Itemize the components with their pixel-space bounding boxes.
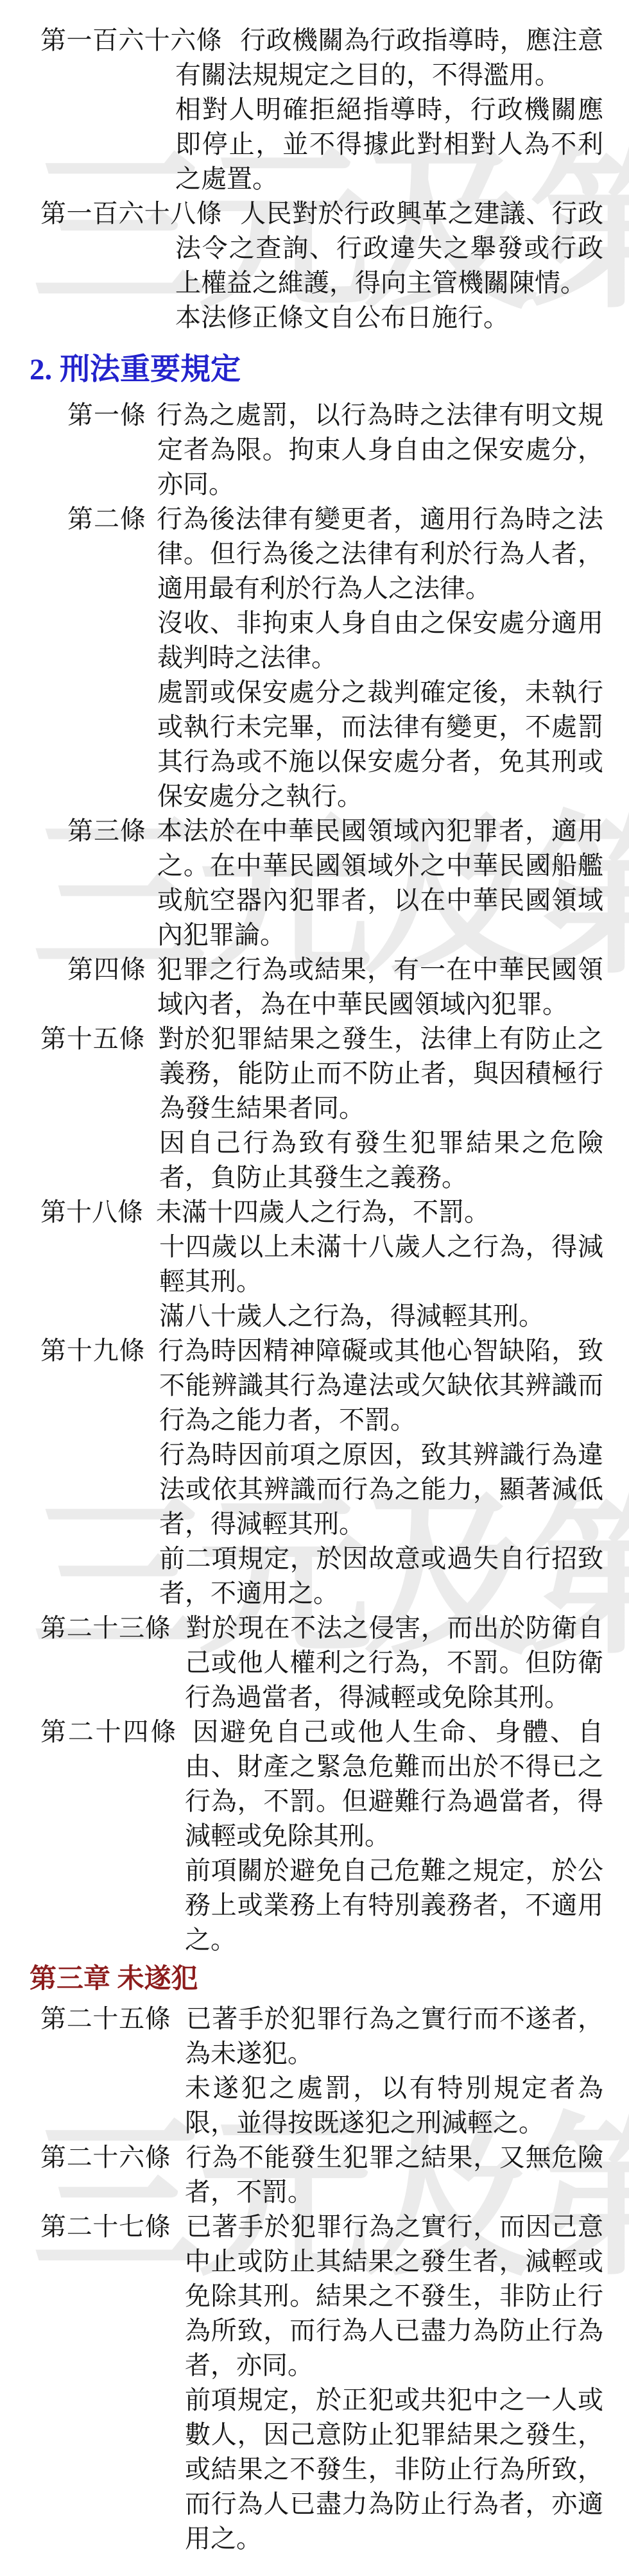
article-19: 第十九條行為時因精神障礙或其他心智缺陷，致不能辨識其行為違法或欠缺依其辨識而行為… [0,1334,603,1611]
article-4-label: 第四條 [67,955,146,984]
article-24-paragraph-2: 前項關於避免自己危難之規定，於公務上或業務上有特別義務者，不適用之。 [185,1853,603,1957]
article-1-text: 行為之處罰，以行為時之法律有明文規定者為限。拘束人身自由之保安處分，亦同。 [157,400,603,499]
article-25-label: 第二十五條 [40,2004,171,2033]
article-19-paragraph-3: 前二項規定，於因故意或過失自行招致者，不適用之。 [159,1541,603,1611]
article-27-paragraph-2: 前項規定，於正犯或共犯中之一人或數人，因己意防止犯罪結果之發生，或結果之不發生，… [185,2383,603,2556]
article-2: 第二條行為後法律有變更者，適用行為時之法律。但行為後之法律有利於行為人者，適用最… [0,502,603,814]
article-26-label: 第二十六條 [40,2143,171,2172]
article-4-text: 犯罪之行為或結果，有一在中華民國領域內者，為在中華民國領域內犯罪。 [157,955,603,1018]
article-3-paragraph-1: 第三條本法於在中華民國領域內犯罪者，適用之。在中華民國領域外之中華民國船艦或航空… [157,814,603,952]
article-18-text: 未滿十四歲人之行為，不罰。 [156,1198,490,1226]
article-15-paragraph-2: 因自己行為致有發生犯罪結果之危險者，負防止其發生之義務。 [159,1126,603,1195]
article-27-paragraph-1: 第二十七條已著手於犯罪行為之實行，而因己意中止或防止其結果之發生者，減輕或免除其… [185,2210,603,2383]
article-168-label: 第一百六十八條 [40,199,222,228]
article-18-label: 第十八條 [40,1198,143,1226]
article-19-text: 行為時因精神障礙或其他心智缺陷，致不能辨識其行為違法或欠缺依其辨識而行為之能力者… [158,1336,603,1434]
article-27: 第二十七條已著手於犯罪行為之實行，而因己意中止或防止其結果之發生者，減輕或免除其… [0,2210,603,2556]
article-168-paragraph-1: 第一百六十八條人民對於行政興革之建議、行政法令之查詢、行政違失之舉發或行政上權益… [175,196,603,300]
article-15: 第十五條對於犯罪結果之發生，法律上有防止之義務，能防止而不防止者，與因積極行為發… [0,1022,603,1195]
article-27-label: 第二十七條 [40,2212,171,2241]
article-19-label: 第十九條 [40,1336,145,1365]
article-26: 第二十六條行為不能發生犯罪之結果，又無危險者，不罰。 [0,2140,603,2210]
document-content: 第一百六十六條行政機關為行政指導時，應注意有關法規規定之目的，不得濫用。相對人明… [0,0,629,2556]
article-166-paragraph-2: 相對人明確拒絕指導時，行政機關應即停止，並不得據此對相對人為不利之處置。 [175,92,603,196]
article-18: 第十八條未滿十四歲人之行為，不罰。十四歲以上未滿十八歲人之行為，得減輕其刑。滿八… [0,1195,603,1334]
article-168-text: 人民對於行政興革之建議、行政法令之查詢、行政違失之舉發或行政上權益之維護，得向主… [175,199,603,297]
article-25: 第二十五條已著手於犯罪行為之實行而不遂者，為未遂犯。未遂犯之處罰，以有特別規定者… [0,2002,603,2140]
chapter-3-heading: 第三章 未遂犯 [30,1962,603,1996]
article-2-paragraph-3: 處罰或保安處分之裁判確定後，未執行或執行未完畢，而法律有變更，不處罰其行為或不施… [157,675,603,814]
criminal-law-heading: 2. 刑法重要規定 [30,352,603,388]
article-23-label: 第二十三條 [40,1613,171,1642]
article-4-paragraph-1: 第四條犯罪之行為或結果，有一在中華民國領域內者，為在中華民國領域內犯罪。 [157,952,603,1022]
article-18-paragraph-1: 第十八條未滿十四歲人之行為，不罰。 [159,1195,603,1230]
article-27-text: 已著手於犯罪行為之實行，而因己意中止或防止其結果之發生者，減輕或免除其刑。結果之… [185,2212,603,2380]
article-2-paragraph-2: 沒收、非拘束人身自由之保安處分適用裁判時之法律。 [157,606,603,675]
article-166: 第一百六十六條行政機關為行政指導時，應注意有關法規規定之目的，不得濫用。相對人明… [0,23,603,196]
article-166-label: 第一百六十六條 [40,26,222,55]
article-3: 第三條本法於在中華民國領域內犯罪者，適用之。在中華民國領域外之中華民國船艦或航空… [0,814,603,952]
article-24: 第二十四條因避免自己或他人生命、身體、自由、財產之緊急危難而出於不得已之行為，不… [0,1715,603,1957]
article-18-paragraph-3: 滿八十歲人之行為，得減輕其刑。 [159,1299,603,1334]
article-25-paragraph-1: 第二十五條已著手於犯罪行為之實行而不遂者，為未遂犯。 [185,2002,603,2071]
article-4: 第四條犯罪之行為或結果，有一在中華民國領域內者，為在中華民國領域內犯罪。 [0,952,603,1022]
article-3-text: 本法於在中華民國領域內犯罪者，適用之。在中華民國領域外之中華民國船艦或航空器內犯… [157,816,603,949]
article-1-label: 第一條 [67,400,146,429]
article-2-text: 行為後法律有變更者，適用行為時之法律。但行為後之法律有利於行為人者，適用最有利於… [157,504,603,603]
article-15-label: 第十五條 [40,1024,145,1053]
article-166-text: 行政機關為行政指導時，應注意有關法規規定之目的，不得濫用。 [175,26,603,89]
article-168-paragraph-2: 本法修正條文自公布日施行。 [175,300,603,335]
article-19-paragraph-2: 行為時因前項之原因，致其辨識行為違法或依其辨識而行為之能力，顯著減低者，得減輕其… [159,1438,603,1541]
article-23-text: 對於現在不法之侵害，而出於防衛自己或他人權利之行為，不罰。但防衛行為過當者，得減… [185,1613,603,1712]
article-24-paragraph-1: 第二十四條因避免自己或他人生命、身體、自由、財產之緊急危難而出於不得已之行為，不… [185,1715,603,1853]
article-23-paragraph-1: 第二十三條對於現在不法之侵害，而出於防衛自己或他人權利之行為，不罰。但防衛行為過… [185,1611,603,1715]
article-24-text: 因避免自己或他人生命、身體、自由、財產之緊急危難而出於不得已之行為，不罰。但避難… [185,1717,603,1850]
article-2-label: 第二條 [67,504,146,533]
article-2-paragraph-1: 第二條行為後法律有變更者，適用行為時之法律。但行為後之法律有利於行為人者，適用最… [157,502,603,606]
article-1: 第一條行為之處罰，以行為時之法律有明文規定者為限。拘束人身自由之保安處分，亦同。 [0,398,603,502]
article-15-text: 對於犯罪結果之發生，法律上有防止之義務，能防止而不防止者，與因積極行為發生結果者… [158,1024,603,1122]
article-23: 第二十三條對於現在不法之侵害，而出於防衛自己或他人權利之行為，不罰。但防衛行為過… [0,1611,603,1715]
article-18-paragraph-2: 十四歲以上未滿十八歲人之行為，得減輕其刑。 [159,1230,603,1299]
article-25-text: 已著手於犯罪行為之實行而不遂者，為未遂犯。 [185,2004,603,2068]
article-3-label: 第三條 [67,816,146,845]
article-26-paragraph-1: 第二十六條行為不能發生犯罪之結果，又無危險者，不罰。 [185,2140,603,2210]
article-26-text: 行為不能發生犯罪之結果，又無危險者，不罰。 [185,2143,603,2206]
article-25-paragraph-2: 未遂犯之處罰，以有特別規定者為限，並得按既遂犯之刑減輕之。 [185,2071,603,2140]
article-1-paragraph-1: 第一條行為之處罰，以行為時之法律有明文規定者為限。拘束人身自由之保安處分，亦同。 [157,398,603,502]
document-page: 三元及第三元及第三元及第三元及第 第一百六十六條行政機關為行政指導時，應注意有關… [0,0,629,2576]
article-19-paragraph-1: 第十九條行為時因精神障礙或其他心智缺陷，致不能辨識其行為違法或欠缺依其辨識而行為… [159,1334,603,1438]
article-168: 第一百六十八條人民對於行政興革之建議、行政法令之查詢、行政違失之舉發或行政上權益… [0,196,603,335]
article-15-paragraph-1: 第十五條對於犯罪結果之發生，法律上有防止之義務，能防止而不防止者，與因積極行為發… [159,1022,603,1126]
article-24-label: 第二十四條 [40,1717,178,1746]
article-166-paragraph-1: 第一百六十六條行政機關為行政指導時，應注意有關法規規定之目的，不得濫用。 [175,23,603,92]
